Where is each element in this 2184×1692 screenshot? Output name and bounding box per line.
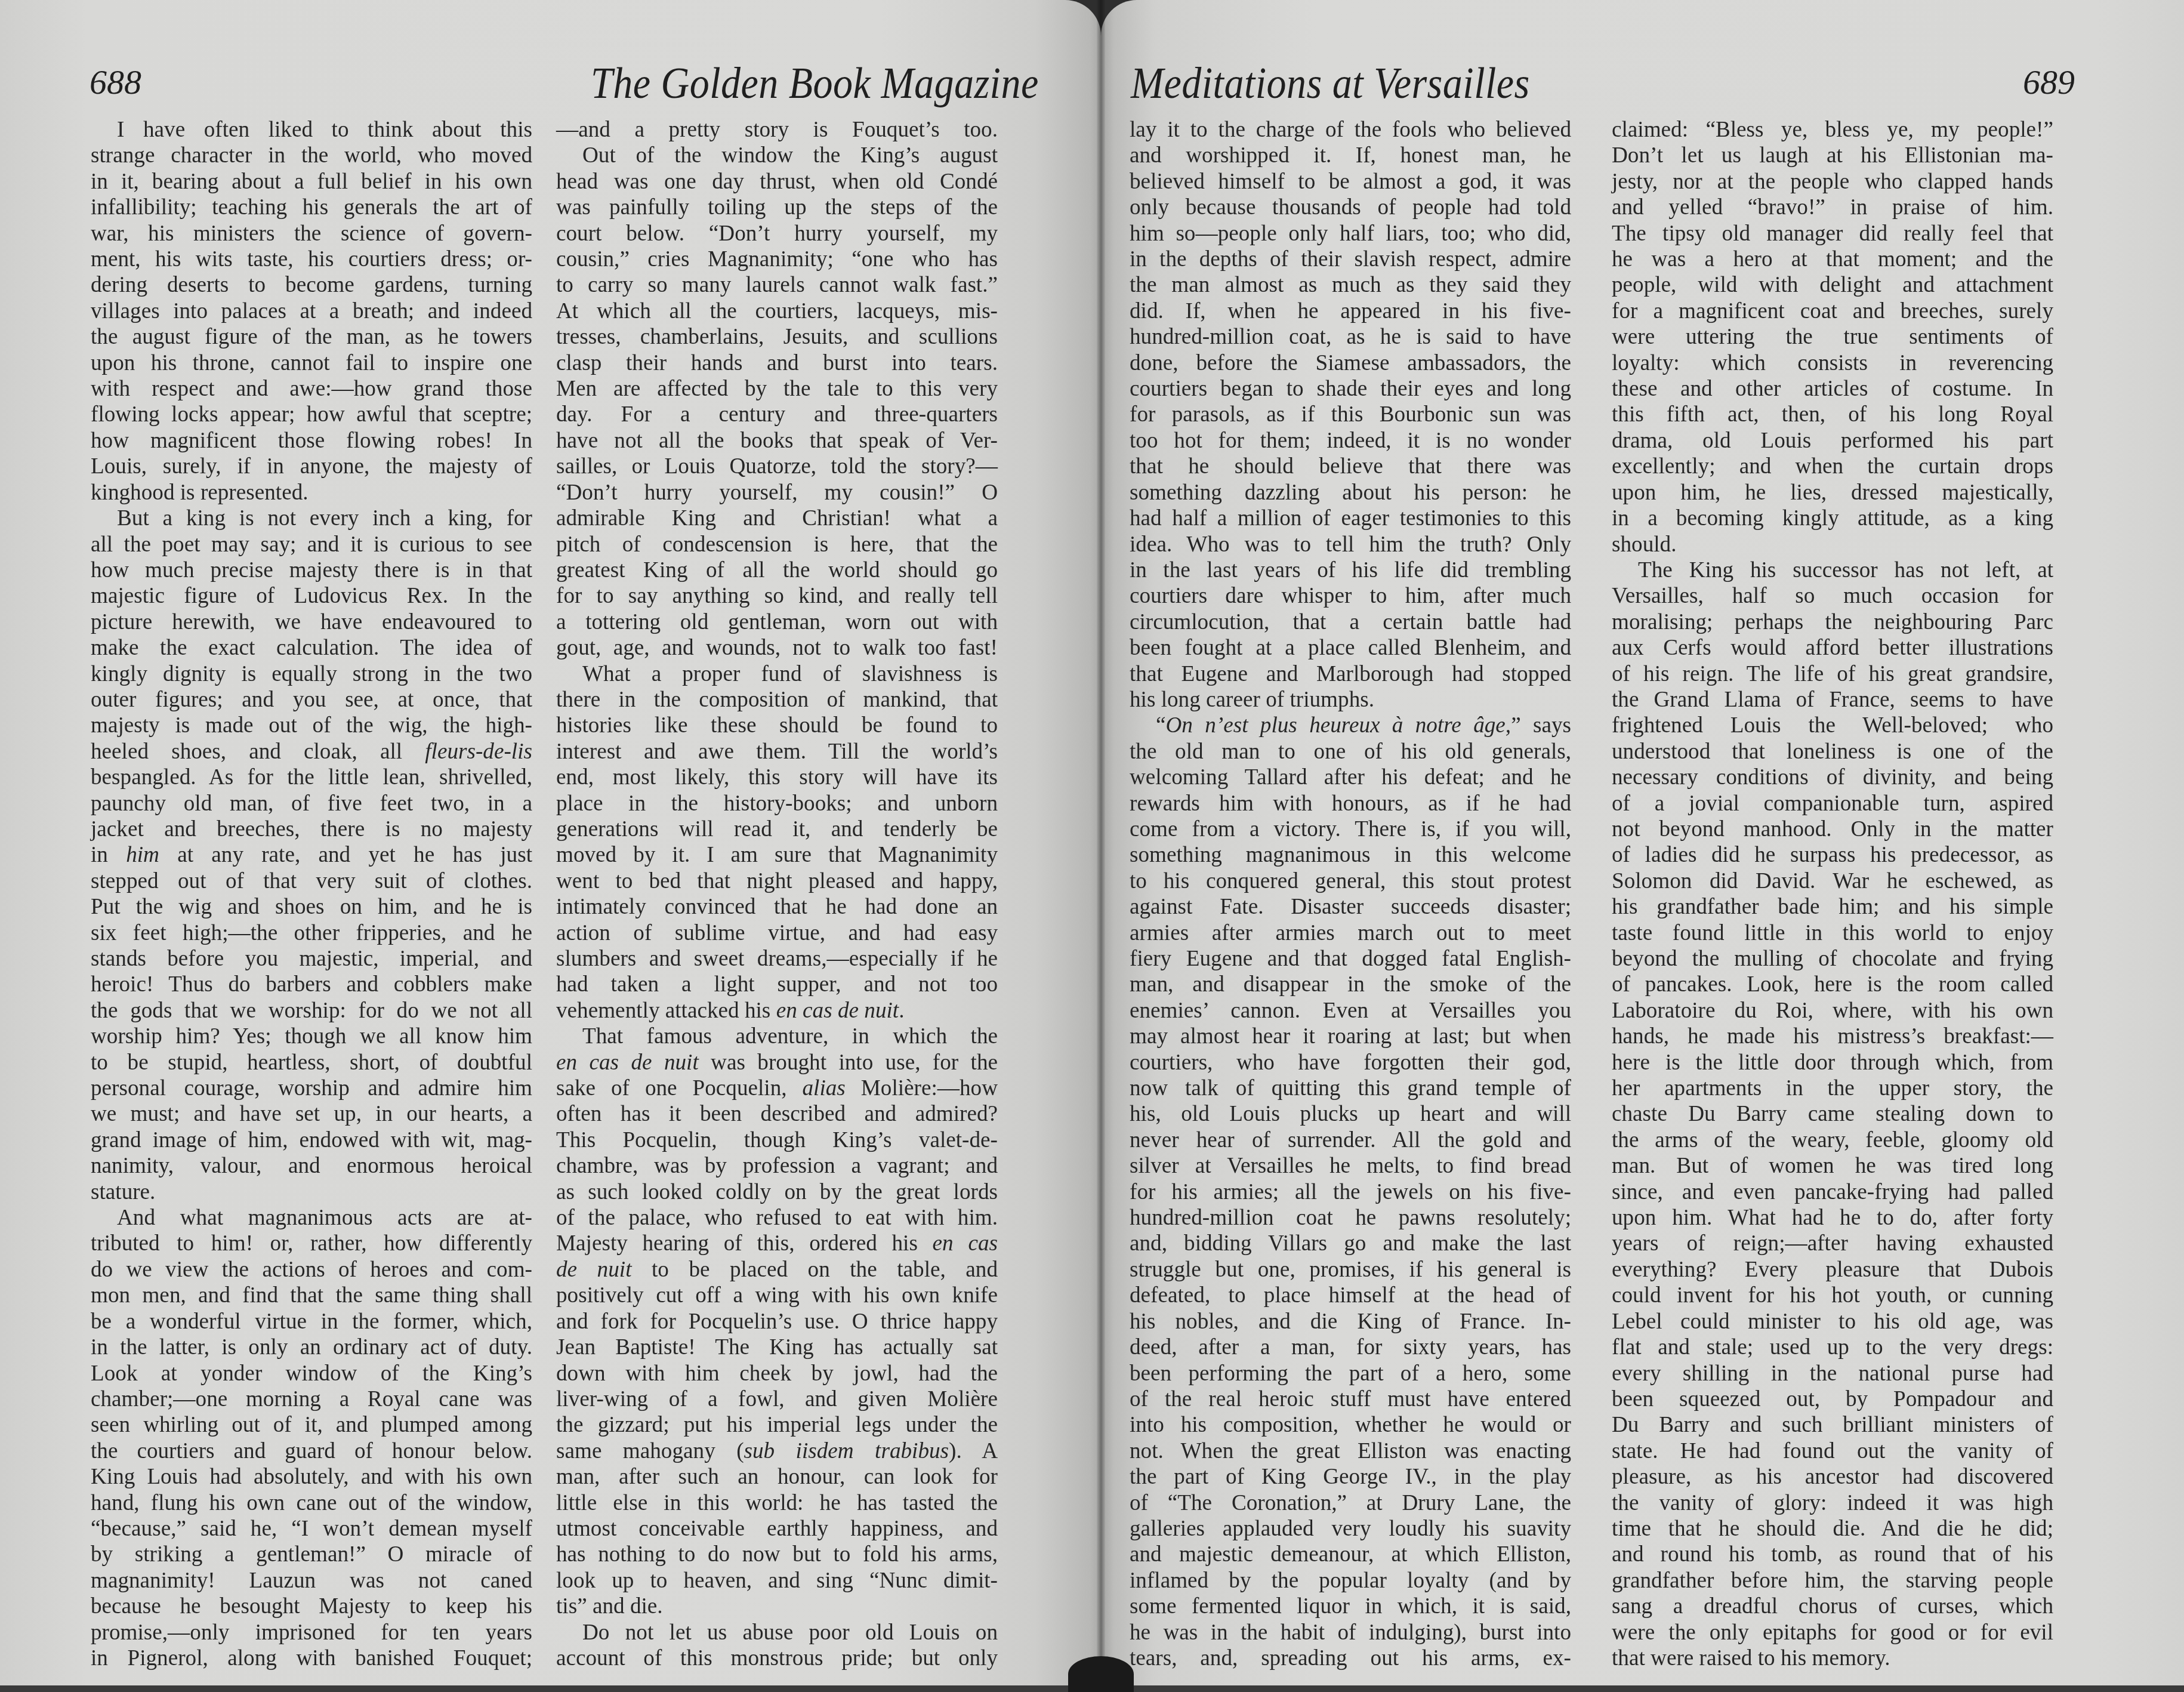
text-line: been performing the part of a hero, some: [1130, 1361, 1571, 1386]
text-line: account of this monstrous pride; but onl…: [556, 1645, 998, 1671]
text-line: strange character in the world, who move…: [91, 143, 532, 168]
text-line: personal courage, worship and admire him: [91, 1075, 532, 1101]
text-line: magnanimity! Lauzun was not caned: [91, 1568, 532, 1594]
text-line: how magnificent those flowing robes! In: [91, 428, 532, 454]
text-line: his nobles, and die King of France. In-: [1130, 1309, 1571, 1335]
text-line: him so—people only half liars, too; who …: [1130, 221, 1571, 246]
text-line: idea. Who was to tell him the truth? Onl…: [1130, 532, 1571, 557]
text-line: because he besought Majesty to keep his: [91, 1594, 532, 1619]
text-column-4: claimed: “Bless ye, bless ye, my people!…: [1612, 117, 2053, 1671]
text-line: too hot for them; indeed, it is no wonde…: [1130, 428, 1571, 454]
text-line: fiery Eugene and that dogged fatal Engli…: [1130, 946, 1571, 972]
left-page: 688 The Golden Book Magazine I have ofte…: [0, 0, 1101, 1685]
text-line: and round his tomb, as round that of his: [1612, 1542, 2053, 1567]
text-line: stature.: [91, 1179, 532, 1205]
text-line: courtiers began to shade their eyes and …: [1130, 376, 1571, 402]
text-line: these and other articles of costume. In: [1612, 376, 2053, 402]
text-line: down with him cheek by jowl, had the: [556, 1361, 998, 1386]
text-line: only because thousands of people had tol…: [1130, 195, 1571, 220]
text-line: kinghood is represented.: [91, 480, 532, 506]
text-line: did. If, when he appeared in his five-: [1130, 298, 1571, 324]
text-line: often has it been described and admired?: [556, 1101, 998, 1127]
text-line: and, bidding Villars go and make the las…: [1130, 1231, 1571, 1256]
text-line: in a becoming kingly attitude, as a king: [1612, 506, 2053, 531]
text-line: for parasols, as if this Bourbonic sun w…: [1130, 402, 1571, 427]
text-line: Laboratoire du Roi, where, with his own: [1612, 998, 2053, 1024]
text-line: have not all the books that speak of Ver…: [556, 428, 998, 454]
text-line: in the depths of their slavish respect, …: [1130, 246, 1571, 272]
running-head-left: The Golden Book Magazine: [591, 58, 1039, 109]
text-line: of the real heroic stuff must have enter…: [1130, 1386, 1571, 1412]
text-line: he was in the habit of indulging), burst…: [1130, 1620, 1571, 1645]
text-line: defeated, to place himself at the head o…: [1130, 1283, 1571, 1308]
text-line: here is the little door through which, f…: [1612, 1050, 2053, 1075]
text-line: people, wild with delight and attachment: [1612, 272, 2053, 298]
text-line: kingly dignity is equally strong in the …: [91, 661, 532, 687]
text-line: been squeezed out, by Pompadour and: [1612, 1386, 2053, 1412]
text-line: the man almost as much as they said they: [1130, 272, 1571, 298]
text-line: be a wonderful virtue in the former, whi…: [91, 1309, 532, 1335]
text-line: excellently; and when the curtain drops: [1612, 454, 2053, 479]
text-line: time that he should die. And die he did;: [1612, 1516, 2053, 1542]
text-line: claimed: “Bless ye, bless ye, my people!…: [1612, 117, 2053, 143]
text-line: And what magnanimous acts are at-: [91, 1205, 532, 1231]
text-line: this fifth act, then, of his long Royal: [1612, 402, 2053, 427]
text-line: something dazzling about his person: he: [1130, 480, 1571, 506]
text-line: sake of one Pocquelin, alias Molière:—ho…: [556, 1075, 998, 1101]
text-line: not. When the great Elliston was enactin…: [1130, 1438, 1571, 1464]
text-line: en cas de nuit was brought into use, for…: [556, 1050, 998, 1075]
text-line: flat and stale; used up to the very dreg…: [1612, 1335, 2053, 1360]
text-line: war, his ministers the science of govern…: [91, 221, 532, 246]
text-line: stands before you majestic, imperial, an…: [91, 946, 532, 972]
text-line: slumbers and sweet dreams,—especially if…: [556, 946, 998, 972]
text-line: has nothing to do now but to fold his ar…: [556, 1542, 998, 1567]
text-line: six feet high;—the other fripperies, and…: [91, 920, 532, 946]
text-line: moved by it. I am sure that Magnanimity: [556, 842, 998, 868]
text-line: of the palace, who refused to eat with h…: [556, 1205, 998, 1231]
text-line: picture herewith, we have endeavoured to: [91, 609, 532, 635]
text-line: upon him. What had he to do, after forty: [1612, 1205, 2053, 1231]
text-line: the gizzard; put his imperial legs under…: [556, 1412, 998, 1438]
text-line: there in the composition of mankind, tha…: [556, 687, 998, 713]
text-line: silver at Versailles he melts, to find b…: [1130, 1153, 1571, 1179]
text-line: necessary conditions of divinity, and be…: [1612, 765, 2053, 790]
text-line: galleries applauded very loudly his suav…: [1130, 1516, 1571, 1542]
text-line: hundred-million coat he pawns resolutely…: [1130, 1205, 1571, 1231]
text-line: was painfully toiling up the steps of th…: [556, 195, 998, 220]
text-line: may almost hear it roaring at last; but …: [1130, 1024, 1571, 1049]
text-line: a tottering old gentleman, worn out with: [556, 609, 998, 635]
text-line: believed himself to be almost a god, it …: [1130, 169, 1571, 195]
text-line: tresses, chamberlains, Jesuits, and scul…: [556, 324, 998, 350]
text-line: deed, after a man, for sixty years, has: [1130, 1335, 1571, 1360]
text-line: could invent for his hot youth, or cunni…: [1612, 1283, 2053, 1308]
text-line: “On n’est plus heureux à notre âge,” say…: [1130, 713, 1571, 738]
text-line: de nuit to be placed on the table, and: [556, 1257, 998, 1283]
book-spread: 688 The Golden Book Magazine I have ofte…: [0, 0, 2184, 1685]
text-line: Look at yonder window of the King’s: [91, 1361, 532, 1386]
text-line: villages into palaces at a breath; and i…: [91, 298, 532, 324]
text-line: liver-wing of a fowl, and given Molière: [556, 1386, 998, 1412]
text-line: beyond the mulling of chocolate and fryi…: [1612, 946, 2053, 972]
text-line: in Pignerol, along with banished Fouquet…: [91, 1645, 532, 1671]
page-number-left: 688: [90, 62, 141, 102]
text-line: were the only epitaphs for good or for e…: [1612, 1620, 2053, 1645]
text-line: of pancakes. Look, here is the room call…: [1612, 972, 2053, 997]
text-line: generations will read it, and tenderly b…: [556, 816, 998, 842]
text-line: everything? Every pleasure that Dubois: [1612, 1257, 2053, 1283]
text-line: What a proper fund of slavishness is: [556, 661, 998, 687]
text-line: lay it to the charge of the fools who be…: [1130, 117, 1571, 143]
text-line: Du Barry and such brilliant ministers of: [1612, 1412, 2053, 1438]
text-line: in it, bearing about a full belief in hi…: [91, 169, 532, 195]
text-line: and yelled “bravo!” in praise of him.: [1612, 195, 2053, 220]
text-line: Jean Baptiste! The King has actually sat: [556, 1335, 998, 1360]
text-line: Don’t let us laugh at his Ellistonian ma…: [1612, 143, 2053, 168]
text-line: heeled shoes, and cloak, all fleurs-de-l…: [91, 739, 532, 765]
text-line: seen whirling out of it, and plumped amo…: [91, 1412, 532, 1438]
text-line: “Don’t hurry yourself, my cousin!” O: [556, 480, 998, 506]
text-line: all the poet may say; and it is curious …: [91, 532, 532, 557]
text-line: to be stupid, heartless, short, of doubt…: [91, 1050, 532, 1075]
text-line: admirable King and Christian! what a: [556, 506, 998, 531]
text-line: drama, old Louis performed his part: [1612, 428, 2053, 454]
text-line: grand image of him, endowed with wit, ma…: [91, 1127, 532, 1153]
text-line: and majestic demeanour, at which Ellisto…: [1130, 1542, 1571, 1567]
text-line: —and a pretty story is Fouquet’s too.: [556, 117, 998, 143]
text-line: for a magnificent coat and breeches, sur…: [1612, 298, 2053, 324]
text-line: the Grand Llama of France, seems to have: [1612, 687, 2053, 713]
text-line: against Fate. Disaster succeeds disaster…: [1130, 894, 1571, 920]
text-line: worship him? Yes; though we all know him: [91, 1024, 532, 1049]
text-line: outer figures; and you see, at once, tha…: [91, 687, 532, 713]
text-line: heroic! Thus do barbers and cobblers mak…: [91, 972, 532, 997]
text-line: Do not let us abuse poor old Louis on: [556, 1620, 998, 1645]
text-line: that Eugene and Marlborough had stopped: [1130, 661, 1571, 687]
text-line: went to bed that night pleased and happy…: [556, 868, 998, 894]
text-line: intimately convinced that he had done an: [556, 894, 998, 920]
text-line: majesty is made out of the wig, the high…: [91, 713, 532, 738]
text-line: aux Cerfs would afford better illustrati…: [1612, 635, 2053, 661]
text-line: pleasure, as his ancestor had discovered: [1612, 1464, 2053, 1490]
text-line: by striking a gentleman!” O miracle of: [91, 1542, 532, 1567]
text-line: mon men, and find that the same thing sh…: [91, 1283, 532, 1308]
text-line: dering deserts to become gardens, turnin…: [91, 272, 532, 298]
text-line: hand, flung his own cane out of the wind…: [91, 1490, 532, 1516]
text-line: promise,—only imprisoned for ten years: [91, 1620, 532, 1645]
text-line: King Louis had absolutely, and with his …: [91, 1464, 532, 1490]
text-line: enemies’ cannon. Even at Versailles you: [1130, 998, 1571, 1024]
text-line: loyalty: which consists in reverencing: [1612, 350, 2053, 376]
text-line: The King his successor has not left, at: [1612, 557, 2053, 583]
text-line: had taken a light supper, and not too: [556, 972, 998, 997]
text-line: never hear of surrender. All the gold an…: [1130, 1127, 1571, 1153]
text-line: had half a million of eager testimonies …: [1130, 506, 1571, 531]
text-line: the arms of the weary, feeble, gloomy ol…: [1612, 1127, 2053, 1153]
text-line: vehemently attacked his en cas de nuit.: [556, 998, 998, 1024]
text-line: I have often liked to think about this: [91, 117, 532, 143]
text-line: to his conquered general, this stout pro…: [1130, 868, 1571, 894]
text-line: flowing locks appear; how awful that sce…: [91, 402, 532, 427]
text-line: of ladies did he surpass his predecessor…: [1612, 842, 2053, 868]
text-line: chaste Du Barry came stealing down to: [1612, 1101, 2053, 1127]
text-line: into his composition, whether he would o…: [1130, 1412, 1571, 1438]
text-line: paunchy old man, of five feet two, in a: [91, 791, 532, 816]
running-head-right: Meditations at Versailles: [1131, 58, 1530, 109]
text-line: look up to heaven, and sing “Nunc dimit-: [556, 1568, 998, 1594]
text-line: tributed to him! or, rather, how differe…: [91, 1231, 532, 1256]
text-line: in him at any rate, and yet he has just: [91, 842, 532, 868]
text-line: That famous adventure, in which the: [556, 1024, 998, 1049]
text-line: Louis, surely, if in anyone, the majesty…: [91, 454, 532, 479]
text-line: been fought at a place called Blenheim, …: [1130, 635, 1571, 661]
text-line: Lebel could minister to his old age, was: [1612, 1309, 2053, 1335]
text-line: taste found little in this world to enjo…: [1612, 920, 2053, 946]
text-line: he was a hero at that moment; and the: [1612, 246, 2053, 272]
text-line: “because,” said he, “I won’t demean myse…: [91, 1516, 532, 1542]
text-line: rewards him with honours, as if he had: [1130, 791, 1571, 816]
text-column-2: —and a pretty story is Fouquet’s too.Out…: [556, 117, 998, 1671]
text-line: stepped out of that very suit of clothes…: [91, 868, 532, 894]
text-line: place in the history-books; and unborn: [556, 791, 998, 816]
text-line: upon him, he lies, dressed majestically,: [1612, 480, 2053, 506]
text-line: were uttering the true sentiments of: [1612, 324, 2053, 350]
text-line: circumlocution, that a certain battle ha…: [1130, 609, 1571, 635]
text-line: same mahogany (sub iisdem trabibus). A: [556, 1438, 998, 1464]
text-line: her apartments in the upper story, the: [1612, 1075, 2053, 1101]
text-line: struggle but one, promises, if his gener…: [1130, 1257, 1571, 1283]
text-line: histories like these should be found to: [556, 713, 998, 738]
text-line: Men are affected by the tale to this ver…: [556, 376, 998, 402]
text-line: in the latter, is only an ordinary act o…: [91, 1335, 532, 1360]
text-line: This Pocquelin, though King’s valet-de-: [556, 1127, 998, 1153]
text-line: Versailles, half so much occasion for: [1612, 583, 2053, 609]
text-line: tears, and, spreading out his arms, ex-: [1130, 1645, 1571, 1671]
text-line: jesty, nor at the people who clapped han…: [1612, 169, 2053, 195]
text-line: of his reign. The life of his great gran…: [1612, 661, 2053, 687]
text-line: the courtiers and guard of honour below.: [91, 1438, 532, 1464]
text-line: with respect and awe:—how grand those: [91, 376, 532, 402]
text-line: The tipsy old manager did really feel th…: [1612, 221, 2053, 246]
text-line: grandfather before him, the starving peo…: [1612, 1568, 2053, 1594]
text-line: something magnanimous in this welcome: [1130, 842, 1571, 868]
text-line: in the last years of his life did trembl…: [1130, 557, 1571, 583]
text-line: of a jovial companionable turn, aspired: [1612, 791, 2053, 816]
text-line: At which all the courtiers, lacqueys, mi…: [556, 298, 998, 324]
text-line: moralising; perhaps the neighbouring Par…: [1612, 609, 2053, 635]
text-line: Solomon did David. War he eschewed, as: [1612, 868, 2053, 894]
text-line: nanimity, valour, and enormous heroical: [91, 1153, 532, 1179]
text-line: of “The Coronation,” at Drury Lane, the: [1130, 1490, 1571, 1516]
text-line: court below. “Don’t hurry yourself, my: [556, 221, 998, 246]
text-line: little else in this world: he has tasted…: [556, 1490, 998, 1516]
text-line: head was one day thrust, when old Condé: [556, 169, 998, 195]
text-line: interest and awe them. Till the world’s: [556, 739, 998, 765]
text-line: pitch of condescension is here, that the: [556, 532, 998, 557]
gutter-shadow: [1097, 0, 1105, 1685]
text-line: how much precise majesty there is in tha…: [91, 557, 532, 583]
text-line: state. He had found out the vanity of: [1612, 1438, 2053, 1464]
text-line: gout, age, and wounds, not to walk too f…: [556, 635, 998, 661]
text-line: tis” and die.: [556, 1594, 998, 1619]
text-line: courtiers dare whisper to him, after muc…: [1130, 583, 1571, 609]
text-line: every shilling in the national purse had: [1612, 1361, 2053, 1386]
text-line: hands, he made his mistress’s breakfast:…: [1612, 1024, 2053, 1049]
text-line: chambre, was by profession a vagrant; an…: [556, 1153, 998, 1179]
text-line: man, after such an honour, can look for: [556, 1464, 998, 1490]
text-line: armies after armies march out to meet: [1130, 920, 1571, 946]
text-line: Out of the window the King’s august: [556, 143, 998, 168]
text-line: the vanity of glory: indeed it was high: [1612, 1490, 2053, 1516]
text-line: man. But of women he was tired long: [1612, 1153, 2053, 1179]
text-line: upon his throne, cannot fail to inspire …: [91, 350, 532, 376]
text-line: make the exact calculation. The idea of: [91, 635, 532, 661]
text-line: and fork for Pocquelin’s use. O thrice h…: [556, 1309, 998, 1335]
text-line: now talk of quitting this grand temple o…: [1130, 1075, 1571, 1101]
text-line: cousin,” cries Magnanimity; “one who has: [556, 246, 998, 272]
text-line: understood that loneliness is one of the: [1612, 739, 2053, 765]
text-line: not beyond manhood. Only in the matter: [1612, 816, 2053, 842]
text-line: end, most likely, this story will have i…: [556, 765, 998, 790]
text-line: Majesty hearing of this, ordered his en …: [556, 1231, 998, 1256]
text-line: since, and even pancake-frying had palle…: [1612, 1179, 2053, 1205]
text-line: man, and disappear in the smoke of the: [1130, 972, 1571, 997]
text-line: action of sublime virtue, and had easy: [556, 920, 998, 946]
text-line: do we view the actions of heroes and com…: [91, 1257, 532, 1283]
text-line: bespangled. As for the little lean, shri…: [91, 765, 532, 790]
text-line: majestic figure of Ludovicus Rex. In the: [91, 583, 532, 609]
text-line: that he should believe that there was: [1130, 454, 1571, 479]
text-line: clasp their hands and burst into tears.: [556, 350, 998, 376]
text-line: come from a victory. There is, if you wi…: [1130, 816, 1571, 842]
text-line: the gods that we worship: for do we not …: [91, 998, 532, 1024]
text-line: his grandfather bade him; and his simple: [1612, 894, 2053, 920]
text-line: to carry so many laurels cannot walk fas…: [556, 272, 998, 298]
text-line: the old man to one of his old generals,: [1130, 739, 1571, 765]
text-line: years of reign;—after having exhausted: [1612, 1231, 2053, 1256]
text-line: But a king is not every inch a king, for: [91, 506, 532, 531]
text-line: hundred-million coat, as he is said to h…: [1130, 324, 1571, 350]
text-line: positively cut off a wing with his own k…: [556, 1283, 998, 1308]
text-line: Put the wig and shoes on him, and he is: [91, 894, 532, 920]
text-line: utmost conceivable earthly happiness, an…: [556, 1516, 998, 1542]
text-line: his, old Louis plucks up heart and will: [1130, 1101, 1571, 1127]
text-column-3: lay it to the charge of the fools who be…: [1130, 117, 1571, 1671]
text-line: for to say anything so kind, and really …: [556, 583, 998, 609]
text-line: the august figure of the man, as he towe…: [91, 324, 532, 350]
text-line: inflamed by the popular loyalty (and by: [1130, 1568, 1571, 1594]
text-line: courtiers, who have forgotten their god,: [1130, 1050, 1571, 1075]
right-page: Meditations at Versailles 689 lay it to …: [1101, 0, 2184, 1685]
text-line: welcoming Tallard after his defeat; and …: [1130, 765, 1571, 790]
text-line: sailles, or Louis Quatorze, told the sto…: [556, 454, 998, 479]
text-line: frightened Louis the Well-beloved; who: [1612, 713, 2053, 738]
text-line: should.: [1612, 532, 2053, 557]
text-line: as such looked coldly on by the great lo…: [556, 1179, 998, 1205]
page-number-right: 689: [2023, 62, 2075, 102]
text-line: sang a dreadful chorus of curses, which: [1612, 1594, 2053, 1619]
text-line: chamber;—one morning a Royal cane was: [91, 1386, 532, 1412]
text-line: for his armies; all the jewels on his fi…: [1130, 1179, 1571, 1205]
text-line: done, before the Siamese ambassadors, th…: [1130, 350, 1571, 376]
text-line: some fermented liquor in which, it is sa…: [1130, 1594, 1571, 1619]
text-line: his long career of triumphs.: [1130, 687, 1571, 713]
text-line: infallibility; teaching his generals the…: [91, 195, 532, 220]
text-line: and worshipped it. If, honest man, he: [1130, 143, 1571, 168]
text-line: jacket and breeches, there is no majesty: [91, 816, 532, 842]
text-column-1: I have often liked to think about thisst…: [91, 117, 532, 1671]
text-line: greatest King of all the world should go: [556, 557, 998, 583]
text-line: that were raised to his memory.: [1612, 1645, 2053, 1671]
text-line: day. For a century and three-quarters: [556, 402, 998, 427]
text-line: ment, his wits taste, his courtiers dres…: [91, 246, 532, 272]
text-line: the part of King George IV., in the play: [1130, 1464, 1571, 1490]
text-line: we must; and have set up, in our hearts,…: [91, 1101, 532, 1127]
